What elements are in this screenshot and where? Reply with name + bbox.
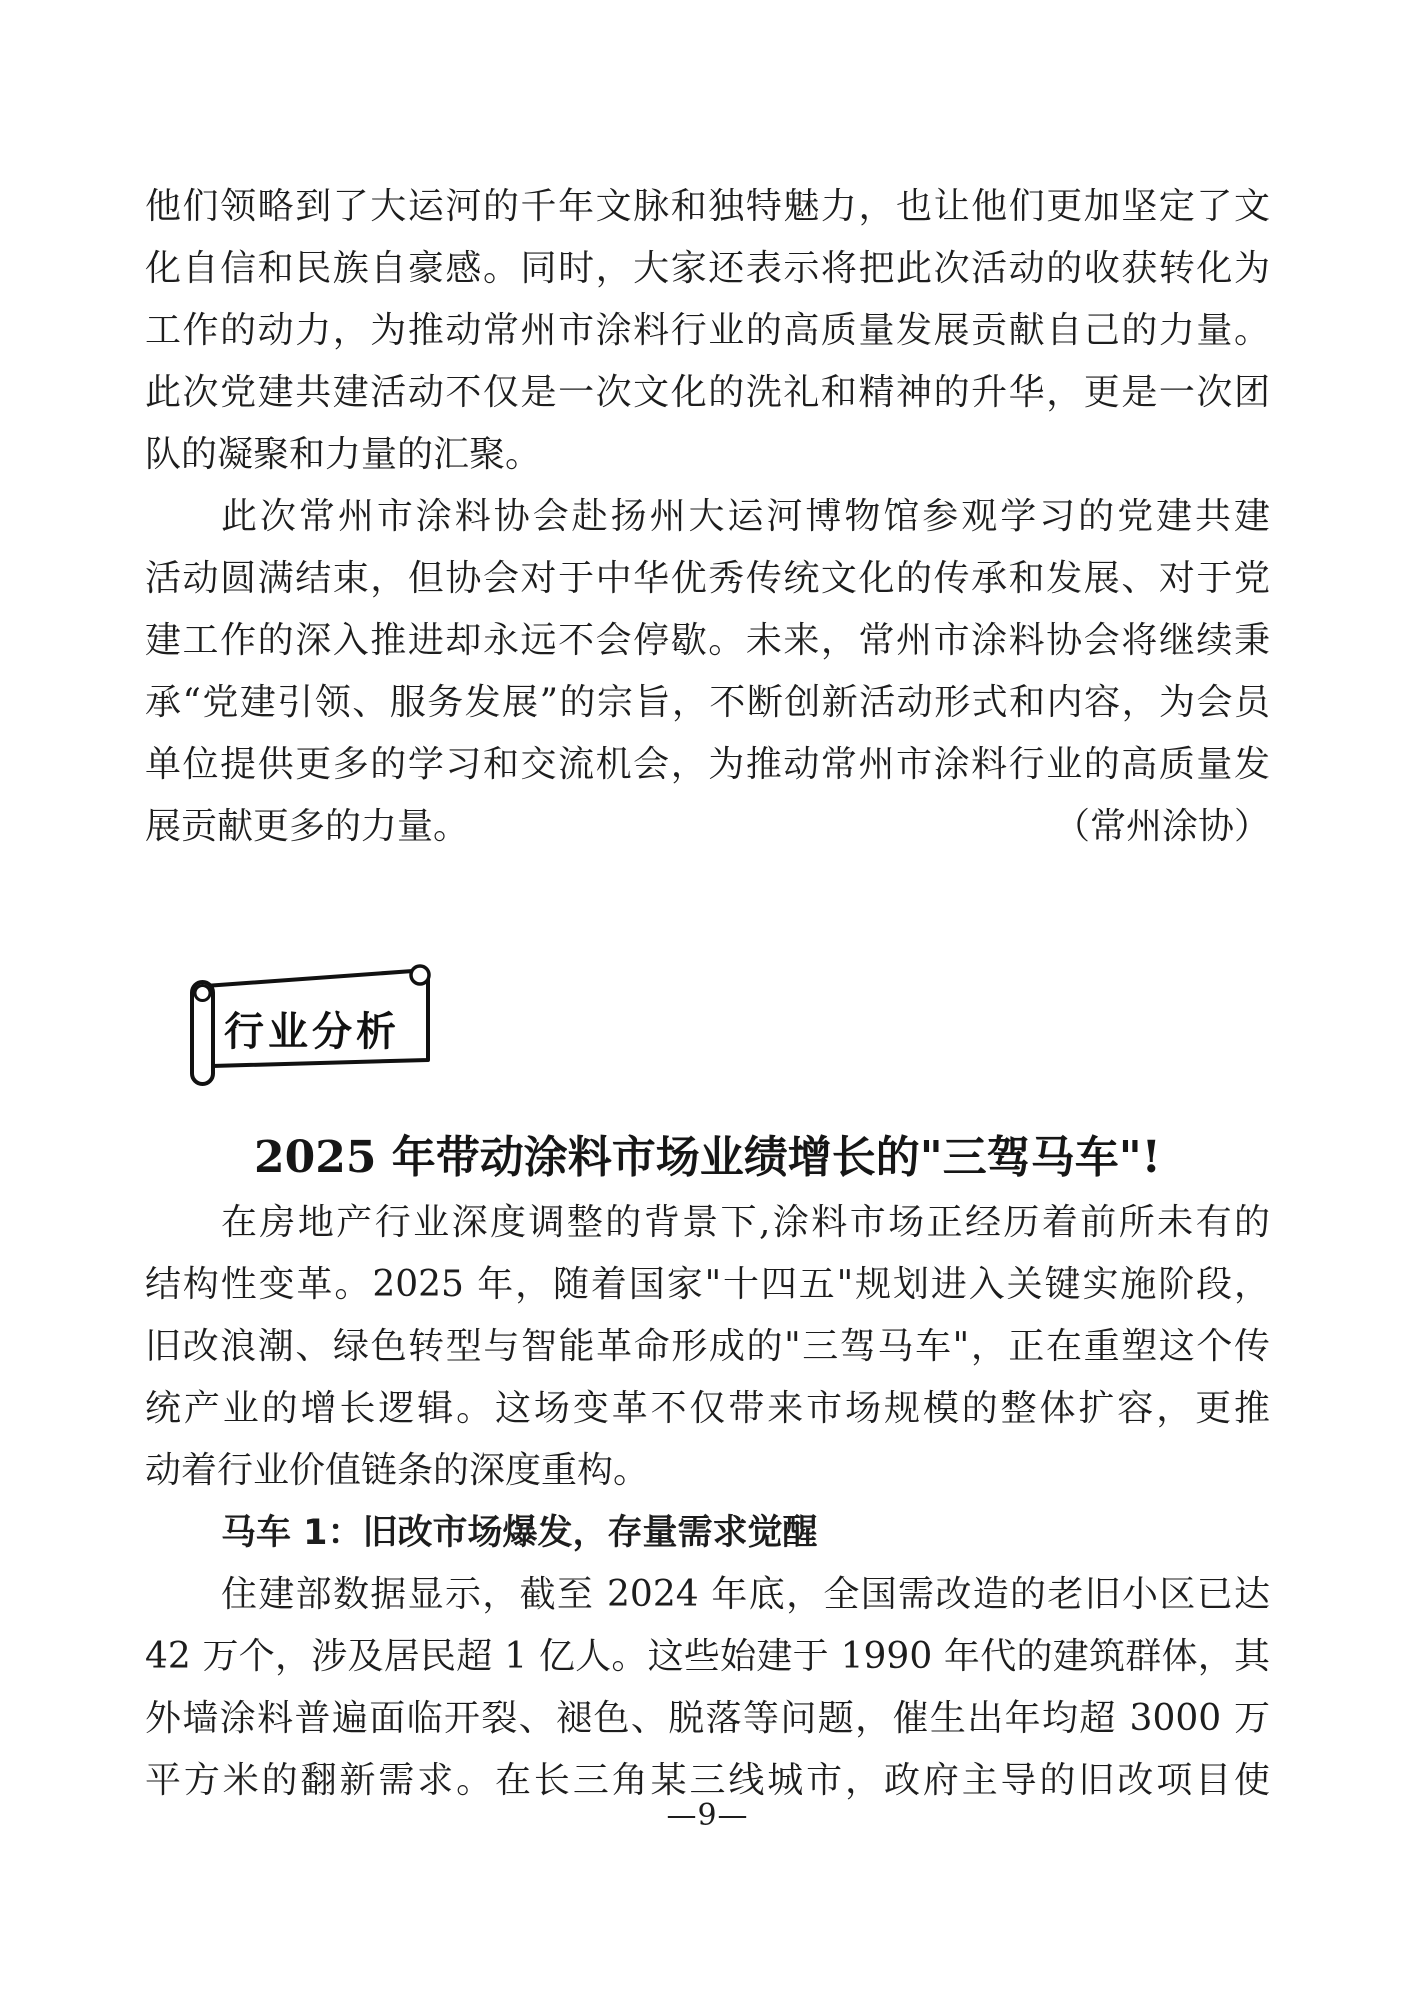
text-line: 结构性变革。2025 年，随着国家"十四五"规划进入关键实施阶段，: [145, 1254, 1270, 1316]
text-line: 队的凝聚和力量的汇聚。: [145, 424, 1270, 486]
section-banner: 行业分析: [185, 958, 445, 1098]
industry-article-body: 在房地产行业深度调整的背景下,涂料市场正经历着前所未有的结构性变革。2025 年…: [145, 1192, 1270, 1812]
text-line: 在房地产行业深度调整的背景下,涂料市场正经历着前所未有的: [145, 1192, 1270, 1254]
attribution-text: （常州涂协）: [1054, 796, 1270, 858]
text-line: 42 万个，涉及居民超 1 亿人。这些始建于 1990 年代的建筑群体，其: [145, 1626, 1270, 1688]
text-line: 工作的动力，为推动常州市涂料行业的高质量发展贡献自己的力量。: [145, 300, 1270, 362]
section-banner-label: 行业分析: [221, 1000, 403, 1057]
text-line: 化自信和民族自豪感。同时，大家还表示将把此次活动的收获转化为: [145, 238, 1270, 300]
page-number: —9—: [0, 1798, 1415, 1833]
text-line: 旧改浪潮、绿色转型与智能革命形成的"三驾马车"，正在重塑这个传: [145, 1316, 1270, 1378]
text-line: 单位提供更多的学习和交流机会，为推动常州市涂料行业的高质量发: [145, 734, 1270, 796]
closing-article-paragraphs: 他们领略到了大运河的千年文脉和独特魅力，也让他们更加坚定了文化自信和民族自豪感。…: [145, 176, 1270, 858]
line-text: 展贡献更多的力量。: [145, 796, 469, 858]
text-line: 此次党建共建活动不仅是一次文化的洗礼和精神的升华，更是一次团: [145, 362, 1270, 424]
text-line: 他们领略到了大运河的千年文脉和独特魅力，也让他们更加坚定了文: [145, 176, 1270, 238]
subheading-horse-1: 马车 1：旧改市场爆发，存量需求觉醒: [145, 1502, 1270, 1564]
text-line: 统产业的增长逻辑。这场变革不仅带来市场规模的整体扩容，更推: [145, 1378, 1270, 1440]
text-line: 外墙涂料普遍面临开裂、褪色、脱落等问题，催生出年均超 3000 万: [145, 1688, 1270, 1750]
text-line: 动着行业价值链条的深度重构。: [145, 1440, 1270, 1502]
document-page: 他们领略到了大运河的千年文脉和独特魅力，也让他们更加坚定了文化自信和民族自豪感。…: [0, 0, 1415, 2000]
text-line: 住建部数据显示，截至 2024 年底，全国需改造的老旧小区已达: [145, 1564, 1270, 1626]
closing-line-with-attribution: 展贡献更多的力量。（常州涂协）: [145, 796, 1270, 858]
text-line: 此次常州市涂料协会赴扬州大运河博物馆参观学习的党建共建: [145, 486, 1270, 548]
text-line: 承“党建引领、服务发展”的宗旨，不断创新活动形式和内容，为会员: [145, 672, 1270, 734]
text-line: 建工作的深入推进却永远不会停歇。未来，常州市涂料协会将继续秉: [145, 610, 1270, 672]
industry-article-title: 2025 年带动涂料市场业绩增长的"三驾马车"!: [145, 1123, 1270, 1193]
text-line: 活动圆满结束，但协会对于中华优秀传统文化的传承和发展、对于党: [145, 548, 1270, 610]
